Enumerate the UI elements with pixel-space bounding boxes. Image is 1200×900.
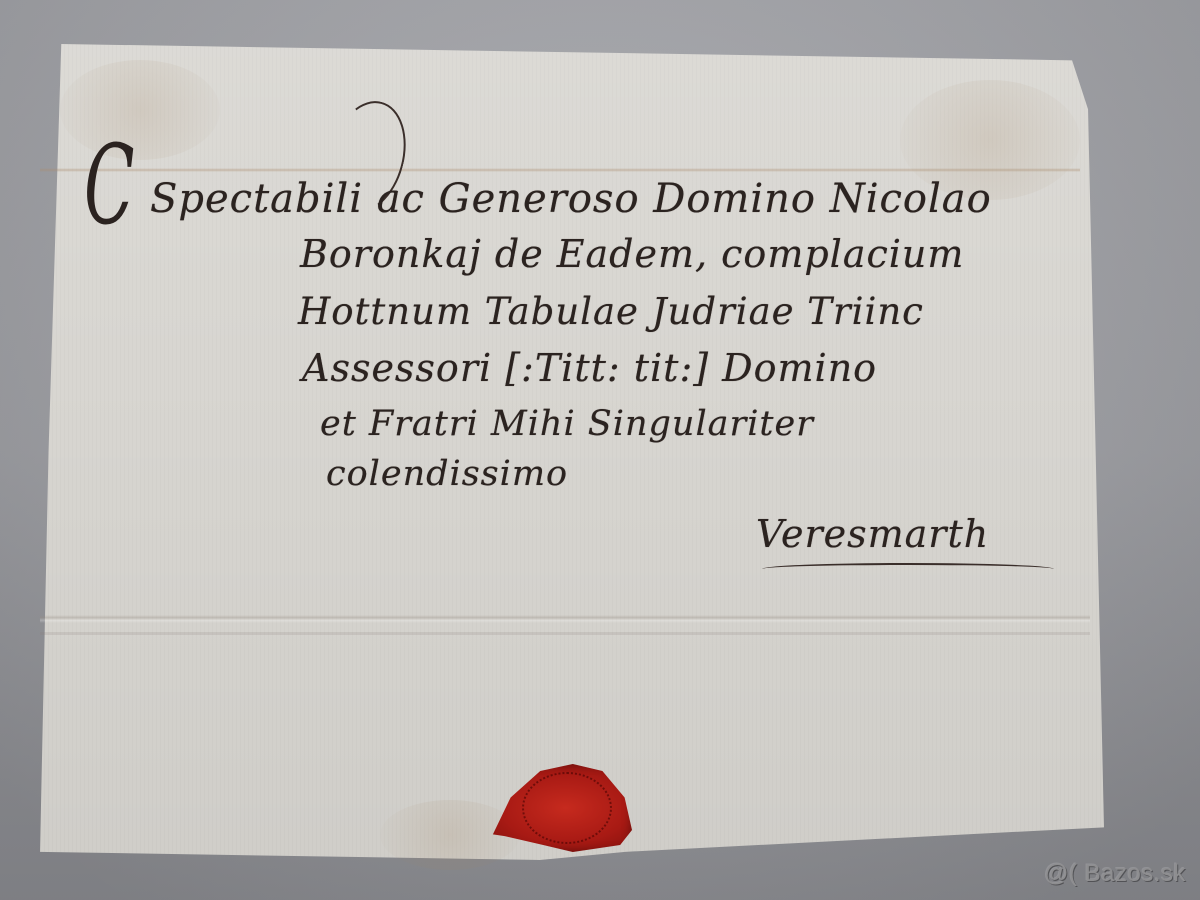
fold-crease-lower xyxy=(40,632,1090,635)
address-line-2: Boronkaj de Eadem, complacium xyxy=(300,232,964,276)
address-line-4: Assessori [:Titt: tit:] Domino xyxy=(302,346,877,390)
address-line-1: Spectabili ac Generoso Domino Nicolao xyxy=(150,176,992,222)
initial-flourish-c: C xyxy=(84,130,135,240)
address-line-6: colendissimo xyxy=(326,454,568,494)
destination-underline xyxy=(762,563,1054,575)
address-line-5: et Fratri Mihi Singulariter xyxy=(320,404,814,444)
fold-crease-middle xyxy=(40,615,1090,623)
bazos-watermark: @( Bazos.sk xyxy=(1044,860,1186,888)
wax-seal-impression xyxy=(522,772,612,844)
destination-place: Veresmarth xyxy=(756,512,989,556)
address-line-3: Hottnum Tabulae Judriae Triinc xyxy=(298,290,924,333)
